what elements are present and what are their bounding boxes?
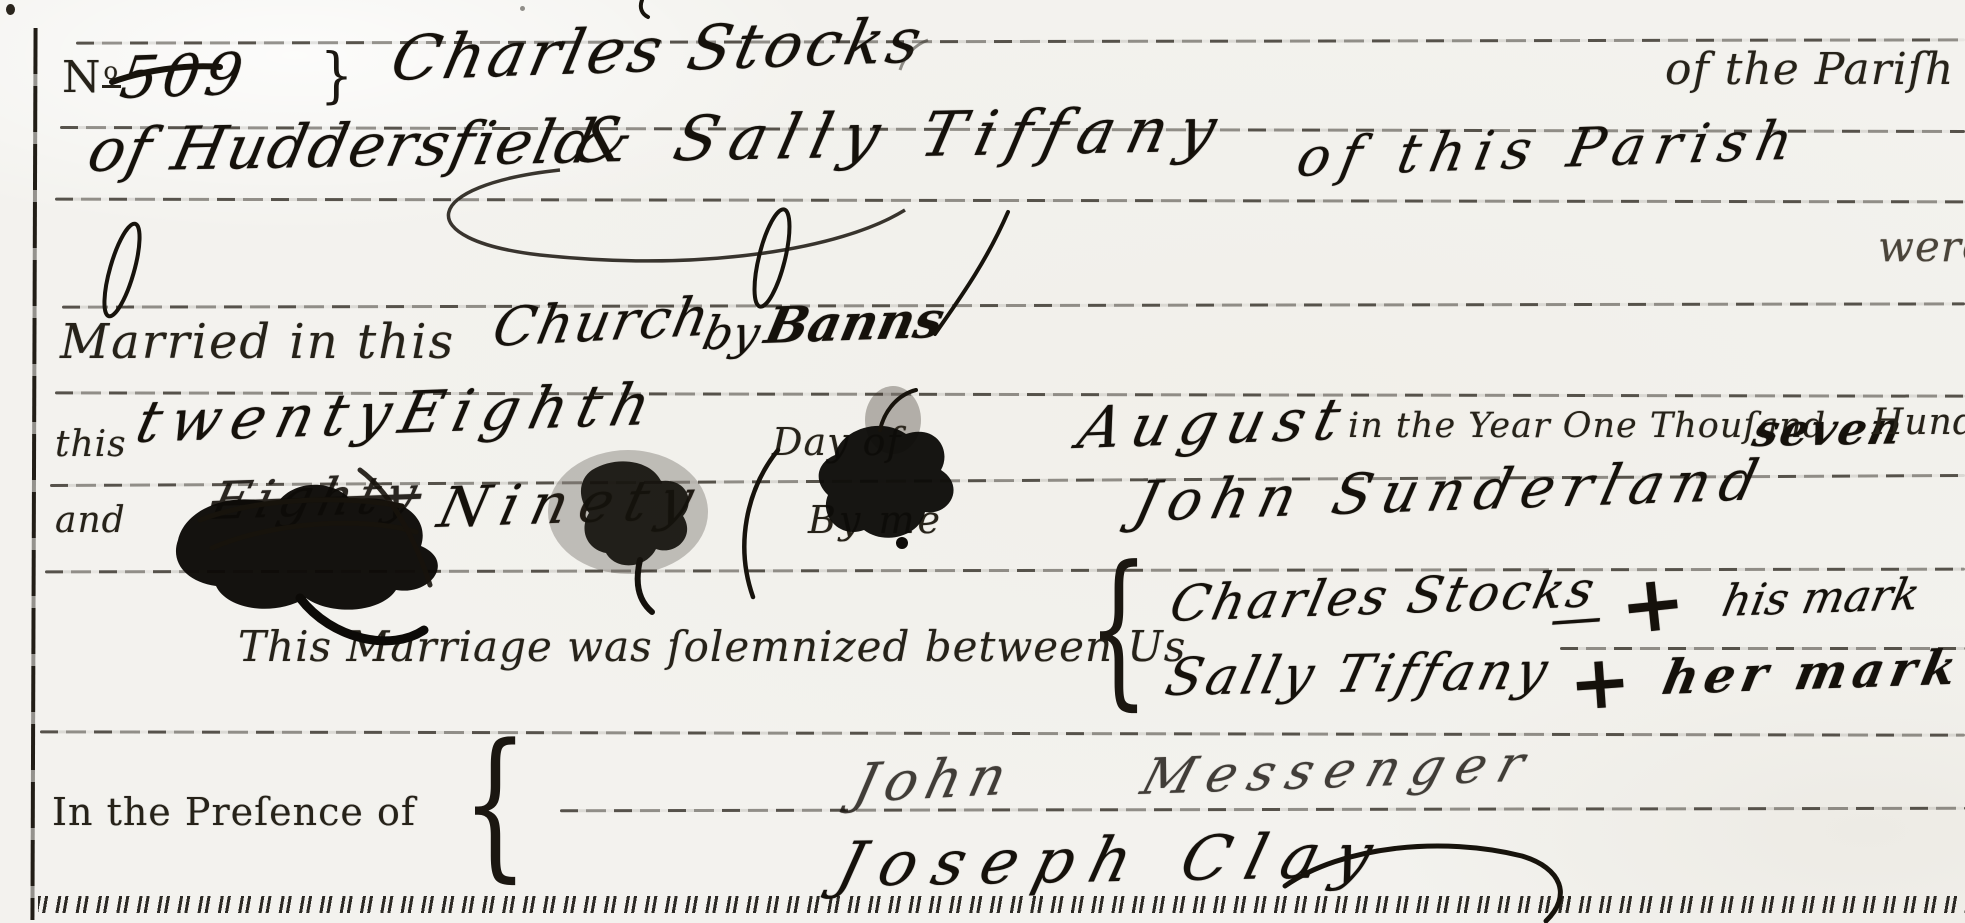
huddersfield-flourish (448, 170, 905, 261)
groom-residence: of Huddersfield (82, 107, 604, 186)
day-of-printed: Day of (772, 420, 902, 464)
bottom-border (38, 896, 1965, 913)
paren-stroke (744, 450, 778, 597)
struck-word: Eighty (205, 465, 428, 532)
married-banns: Banns (760, 290, 950, 355)
ruled-line (560, 807, 1965, 812)
day-hw: twentyEighth (130, 370, 667, 456)
witness2-signature: Joseph Clay (830, 818, 1396, 901)
entry-no-n: N (62, 52, 102, 103)
ruled-line (40, 730, 1965, 736)
entry-no-value: 509 (116, 40, 252, 112)
bride-cross-mark: + (1566, 638, 1634, 728)
left-margin-rule (30, 28, 37, 920)
groom-name: Charles Stocks (385, 4, 932, 95)
paper-speck (520, 6, 525, 11)
flourish-loop (747, 206, 796, 309)
hundred-printed: Hundred (1872, 402, 1965, 443)
and-printed: and (55, 500, 126, 541)
entry-no-label: No (62, 52, 121, 103)
ruled-line (62, 302, 1965, 308)
presence-brace: { (462, 708, 528, 897)
married-printed: Married in this (60, 314, 455, 370)
this-printed: this (55, 424, 127, 465)
ink-drip-stroke (638, 560, 652, 612)
entry-brace: } (320, 42, 353, 111)
married-place: Church (488, 285, 717, 359)
parish-printed: of the Pariſh (1665, 44, 1954, 95)
bride-signature: Sally Tiffany (1160, 641, 1557, 708)
presence-printed: In the Preſence of (52, 790, 416, 834)
tiffany-descender (935, 212, 1008, 334)
decade-hw: Ninety (432, 467, 712, 541)
married-by: by (698, 306, 765, 360)
officiant-signature: John Sunderland (1128, 448, 1774, 535)
bride-mark-label: her mark (1658, 640, 1965, 706)
groom-mark-label: his mark (1718, 569, 1924, 627)
marriage-register-scan: No 509 } Charles Stocks of the Pariſh of… (0, 0, 1965, 923)
witness1-first: John (848, 744, 1021, 815)
witness1-last: Messenger (1135, 735, 1543, 806)
solemnized-printed: This Marriage was ſolemnized between Us (238, 622, 1186, 671)
paper-speck (6, 4, 15, 15)
ruled-line (55, 198, 1965, 204)
solemnized-brace: { (1088, 530, 1149, 726)
by-me-printed: By me (808, 498, 943, 542)
month-hw: August (1072, 385, 1357, 462)
entry-no-sup: o (102, 57, 122, 88)
bride-name: & Sally Tiffany (568, 93, 1235, 177)
bride-residence: of this Parish (1292, 109, 1808, 189)
were-printed: were (1878, 222, 1965, 271)
